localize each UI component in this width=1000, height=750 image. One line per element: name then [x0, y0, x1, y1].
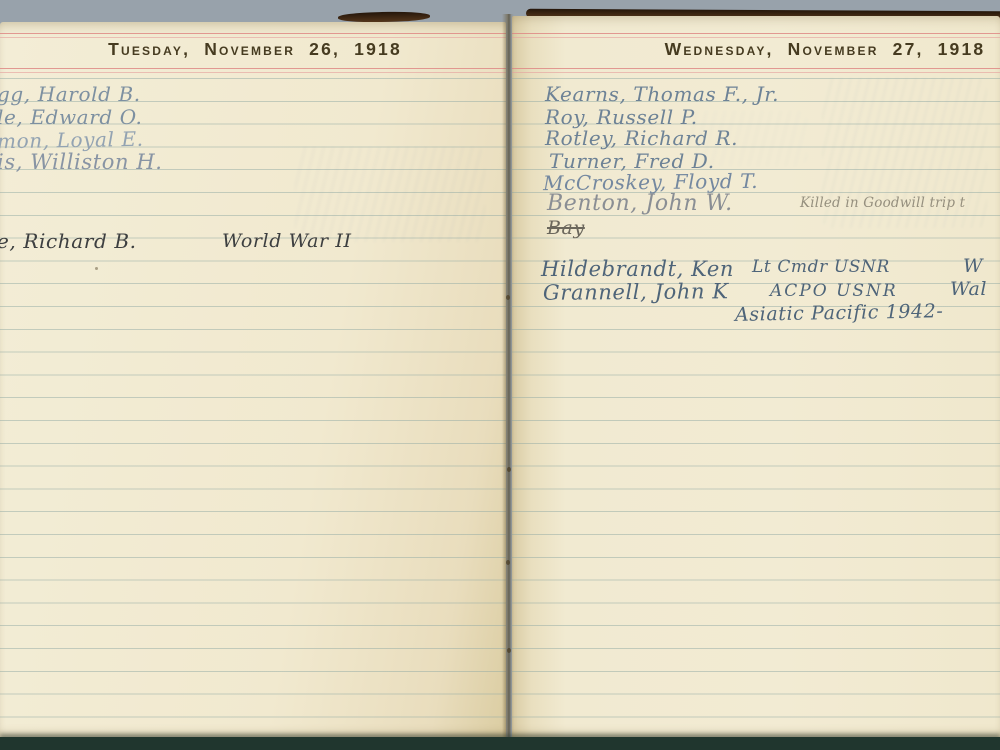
handwritten-entry: Turner, Fred D. [549, 151, 715, 171]
ruled-lines [0, 78, 506, 734]
header-rule-bottom [512, 68, 1000, 73]
date-header-left: Tuesday, November 26, 1918 [55, 41, 455, 59]
binding-stitch [506, 560, 510, 565]
backdrop-bottom [0, 737, 1000, 750]
book-gutter [502, 14, 514, 740]
handwritten-entry: e, Richard B. [0, 231, 137, 251]
entry-annotation: Killed in Goodwill trip t [800, 197, 965, 211]
entry-annotation: Lt Cmdr USNR [752, 259, 890, 276]
handwritten-entry: is, Williston H. [0, 152, 163, 173]
paper-speck [95, 267, 98, 270]
handwritten-entry-struck: Bay [547, 219, 585, 238]
header-rule-top [512, 33, 1000, 38]
binding-stitch [507, 467, 511, 472]
entry-annotation: Wal [950, 280, 987, 299]
handwritten-entry: McCroskey, Floyd T. [543, 171, 758, 193]
right-page: Wednesday, November 27, 1918 Kearns, Tho… [512, 16, 1000, 738]
handwritten-entry: gg, Harold B. [0, 84, 141, 104]
left-page: Tuesday, November 26, 1918 gg, Harold B.… [0, 22, 506, 738]
handwritten-entry: Rotley, Richard R. [545, 128, 738, 148]
binding-stitch [506, 295, 510, 300]
binding-stitch [507, 648, 511, 653]
header-rule-top [0, 33, 506, 38]
entry-annotation: ACPO USNR [770, 283, 898, 300]
entry-annotation: World War II [222, 232, 352, 251]
handwritten-entry: le, Edward O. [0, 107, 143, 127]
diary-photo: Tuesday, November 26, 1918 gg, Harold B.… [0, 0, 1000, 750]
handwritten-entry: Kearns, Thomas F., Jr. [545, 84, 779, 104]
entry-annotation: W [963, 257, 983, 276]
handwritten-entry: Benton, John W. [547, 193, 733, 215]
handwritten-entry: mon, Loyal E. [0, 129, 144, 152]
handwritten-entry: Asiatic Pacific 1942- [735, 302, 944, 325]
handwritten-entry: Roy, Russell P. [545, 107, 698, 127]
header-rule-bottom [0, 68, 506, 73]
date-header-right: Wednesday, November 27, 1918 [622, 41, 1000, 59]
handwritten-entry: Grannell, John K [543, 281, 729, 304]
handwritten-entry: Hildebrandt, Ken [541, 259, 734, 280]
